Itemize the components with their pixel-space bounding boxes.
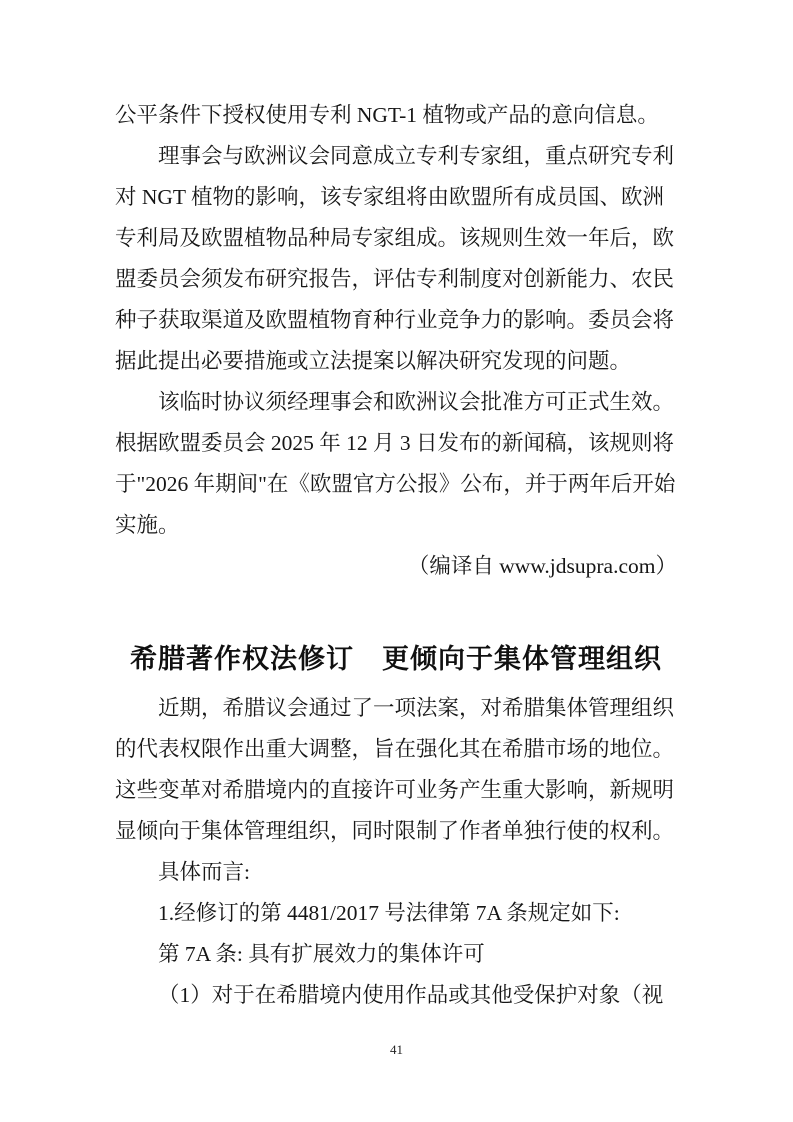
body-line: 对 NGT 植物的影响，该专家组将由欧盟所有成员国、欧洲 <box>115 177 677 218</box>
page-number: 41 <box>0 1042 793 1058</box>
body-line: 的代表权限作出重大调整，旨在强化其在希腊市场的地位。 <box>115 729 677 770</box>
body-line: 理事会与欧洲议会同意成立专利专家组，重点研究专利 <box>115 136 677 177</box>
body-line: （1）对于在希腊境内使用作品或其他受保护对象（视 <box>115 975 677 1016</box>
article-eu-ngt-continuation: 公平条件下授权使用专利 NGT-1 植物或产品的意向信息。 理事会与欧洲议会同意… <box>115 95 677 587</box>
article-greece-copyright: 近期，希腊议会通过了一项法案，对希腊集体管理组织 的代表权限作出重大调整，旨在强… <box>115 688 677 1016</box>
body-line: 该临时协议须经理事会和欧洲议会批准方可正式生效。 <box>115 382 677 423</box>
body-line: 种子获取渠道及欧盟植物育种行业竞争力的影响。委员会将 <box>115 300 677 341</box>
attribution-line: （编译自 www.jdsupra.com） <box>115 546 677 587</box>
body-line: 第 7A 条: 具有扩展效力的集体许可 <box>115 934 677 975</box>
body-line: 据此提出必要措施或立法提案以解决研究发现的问题。 <box>115 341 677 382</box>
body-line: 实施。 <box>115 505 677 546</box>
page-content: 公平条件下授权使用专利 NGT-1 植物或产品的意向信息。 理事会与欧洲议会同意… <box>0 0 793 1016</box>
body-line: 具体而言: <box>115 852 677 893</box>
article-heading: 希腊著作权法修订 更倾向于集体管理组织 <box>115 637 677 681</box>
document-page: 公平条件下授权使用专利 NGT-1 植物或产品的意向信息。 理事会与欧洲议会同意… <box>0 0 793 1122</box>
body-line: 根据欧盟委员会 2025 年 12 月 3 日发布的新闻稿，该规则将 <box>115 423 677 464</box>
body-line: 这些变革对希腊境内的直接许可业务产生重大影响，新规明 <box>115 770 677 811</box>
body-line: 于"2026 年期间"在《欧盟官方公报》公布，并于两年后开始 <box>115 464 677 505</box>
body-line: 显倾向于集体管理组织，同时限制了作者单独行使的权利。 <box>115 811 677 852</box>
body-line: 专利局及欧盟植物品种局专家组成。该规则生效一年后，欧 <box>115 218 677 259</box>
body-line: 1.经修订的第 4481/2017 号法律第 7A 条规定如下: <box>115 893 677 934</box>
body-line: 公平条件下授权使用专利 NGT-1 植物或产品的意向信息。 <box>115 95 677 136</box>
body-line: 盟委员会须发布研究报告，评估专利制度对创新能力、农民 <box>115 259 677 300</box>
body-line: 近期，希腊议会通过了一项法案，对希腊集体管理组织 <box>115 688 677 729</box>
